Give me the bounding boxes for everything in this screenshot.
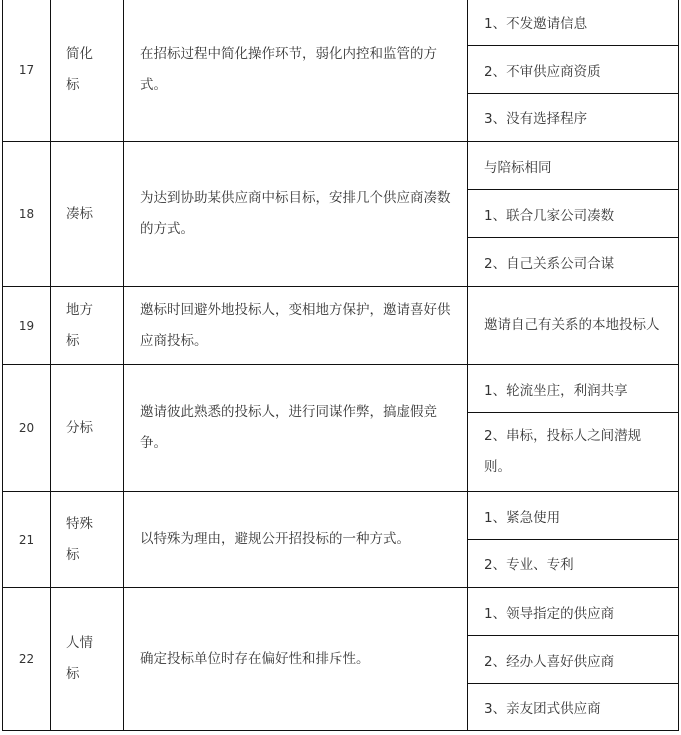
table-row: 22 人情标 确定投标单位时存在偏好性和排斥性。 1、领导指定的供应商 2、经办… bbox=[2, 588, 679, 731]
method-description: 确定投标单位时存在偏好性和排斥性。 bbox=[140, 644, 370, 675]
item-text: 2、不审供应商资质 bbox=[484, 60, 601, 80]
method-name: 特殊标 bbox=[66, 509, 102, 571]
manifestation-item: 1、不发邀请信息 bbox=[468, 0, 678, 46]
row-number: 17 bbox=[19, 63, 34, 77]
row-number-cell: 17 bbox=[2, 0, 50, 141]
manifestation-item: 1、领导指定的供应商 bbox=[468, 588, 678, 636]
item-text: 邀请自己有关系的本地投标人 bbox=[484, 310, 660, 341]
method-name-cell: 特殊标 bbox=[50, 492, 123, 587]
table-row: 18 凑标 为达到协助某供应商中标目标，安排几个供应商凑数的方式。 与陪标相同 … bbox=[2, 142, 679, 287]
method-description: 为达到协助某供应商中标目标，安排几个供应商凑数的方式。 bbox=[140, 183, 455, 245]
row-number: 18 bbox=[19, 207, 34, 221]
manifestation-item: 3、亲友团式供应商 bbox=[468, 684, 678, 729]
method-description: 以特殊为理由，避规公开招投标的一种方式。 bbox=[140, 524, 410, 555]
manifestation-item: 1、紧急使用 bbox=[468, 492, 678, 540]
method-name-cell: 分标 bbox=[50, 365, 123, 491]
manifestation-item: 2、自己关系公司合谋 bbox=[468, 238, 678, 285]
table-row: 20 分标 邀请彼此熟悉的投标人，进行同谋作弊，搞虚假竞争。 1、轮流坐庄，利润… bbox=[2, 365, 679, 492]
method-name: 简化标 bbox=[66, 39, 102, 101]
item-text: 2、经办人喜好供应商 bbox=[484, 650, 614, 670]
method-name-cell: 简化标 bbox=[50, 0, 123, 141]
row-number: 19 bbox=[19, 319, 34, 333]
manifestation-item: 2、不审供应商资质 bbox=[468, 46, 678, 94]
description-cell: 确定投标单位时存在偏好性和排斥性。 bbox=[123, 588, 467, 730]
method-name: 地方标 bbox=[66, 295, 102, 357]
row-number-cell: 21 bbox=[2, 492, 50, 587]
manifestation-item: 2、经办人喜好供应商 bbox=[468, 636, 678, 684]
item-text: 3、亲友团式供应商 bbox=[484, 697, 601, 717]
row-number-cell: 20 bbox=[2, 365, 50, 491]
manifestation-item: 1、联合几家公司凑数 bbox=[468, 190, 678, 238]
description-cell: 邀标时回避外地投标人，变相地方保护，邀请喜好供应商投标。 bbox=[123, 287, 467, 364]
manifestation-item: 2、串标，投标人之间潜规则。 bbox=[468, 413, 678, 490]
manifestation-cell: 邀请自己有关系的本地投标人 bbox=[467, 287, 679, 364]
description-cell: 为达到协助某供应商中标目标，安排几个供应商凑数的方式。 bbox=[123, 142, 467, 286]
row-number: 22 bbox=[19, 652, 34, 666]
manifestation-cell: 1、不发邀请信息 2、不审供应商资质 3、没有选择程序 bbox=[467, 0, 679, 141]
table-row: 19 地方标 邀标时回避外地投标人，变相地方保护，邀请喜好供应商投标。 邀请自己… bbox=[2, 287, 679, 365]
manifestation-cell: 1、紧急使用 2、专业、专利 bbox=[467, 492, 679, 587]
manifestation-item: 邀请自己有关系的本地投标人 bbox=[468, 287, 678, 363]
method-name: 分标 bbox=[66, 413, 93, 444]
manifestation-cell: 与陪标相同 1、联合几家公司凑数 2、自己关系公司合谋 bbox=[467, 142, 679, 286]
row-number-cell: 22 bbox=[2, 588, 50, 730]
manifestation-cell: 1、领导指定的供应商 2、经办人喜好供应商 3、亲友团式供应商 bbox=[467, 588, 679, 730]
item-text: 2、自己关系公司合谋 bbox=[484, 252, 614, 272]
table-row: 17 简化标 在招标过程中简化操作环节，弱化内控和监管的方式。 1、不发邀请信息… bbox=[2, 0, 679, 142]
manifestation-item: 与陪标相同 bbox=[468, 142, 678, 190]
item-text: 1、紧急使用 bbox=[484, 506, 560, 526]
manifestation-item: 1、轮流坐庄，利润共享 bbox=[468, 365, 678, 413]
method-name-cell: 地方标 bbox=[50, 287, 123, 364]
manifestation-item: 3、没有选择程序 bbox=[468, 94, 678, 140]
table-row: 21 特殊标 以特殊为理由，避规公开招投标的一种方式。 1、紧急使用 2、专业、… bbox=[2, 492, 679, 588]
row-number: 20 bbox=[19, 421, 34, 435]
item-text: 1、轮流坐庄，利润共享 bbox=[484, 379, 628, 399]
method-name: 人情标 bbox=[66, 628, 102, 690]
method-name-cell: 人情标 bbox=[50, 588, 123, 730]
method-description: 邀请彼此熟悉的投标人，进行同谋作弊，搞虚假竞争。 bbox=[140, 397, 455, 459]
description-cell: 在招标过程中简化操作环节，弱化内控和监管的方式。 bbox=[123, 0, 467, 141]
item-text: 2、专业、专利 bbox=[484, 553, 574, 573]
method-description: 在招标过程中简化操作环节，弱化内控和监管的方式。 bbox=[140, 39, 455, 101]
item-text: 2、串标，投标人之间潜规则。 bbox=[484, 421, 668, 483]
row-number-cell: 19 bbox=[2, 287, 50, 364]
method-name-cell: 凑标 bbox=[50, 142, 123, 286]
item-text: 1、不发邀请信息 bbox=[484, 12, 587, 32]
item-text: 3、没有选择程序 bbox=[484, 107, 587, 127]
item-text: 1、联合几家公司凑数 bbox=[484, 204, 614, 224]
description-cell: 以特殊为理由，避规公开招投标的一种方式。 bbox=[123, 492, 467, 587]
manifestation-cell: 1、轮流坐庄，利润共享 2、串标，投标人之间潜规则。 bbox=[467, 365, 679, 491]
item-text: 1、领导指定的供应商 bbox=[484, 602, 614, 622]
description-cell: 邀请彼此熟悉的投标人，进行同谋作弊，搞虚假竞争。 bbox=[123, 365, 467, 491]
method-name: 凑标 bbox=[66, 199, 93, 230]
row-number-cell: 18 bbox=[2, 142, 50, 286]
method-description: 邀标时回避外地投标人，变相地方保护，邀请喜好供应商投标。 bbox=[140, 295, 455, 357]
manifestation-item: 2、专业、专利 bbox=[468, 540, 678, 586]
row-number: 21 bbox=[19, 533, 34, 547]
item-text: 与陪标相同 bbox=[484, 156, 552, 176]
